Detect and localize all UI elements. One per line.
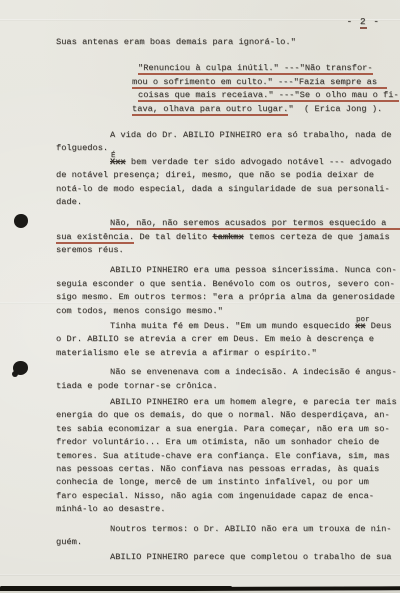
typewritten-text: energia do que os demais, do que o norma… <box>56 410 390 420</box>
text-line: notá-lo de modo especial, dada a singula… <box>56 183 400 196</box>
typewritten-text: materialismo ele se atrevia a afirmar o … <box>56 348 317 358</box>
typewritten-text: A vida do Dr. ABILIO PINHEIRO era só tra… <box>110 130 392 140</box>
text-line: ABILIO PINHEIRO parece que completou o t… <box>110 551 400 564</box>
hole-punch-dot-bottom <box>13 361 28 375</box>
typewritten-text: Tinha muita fé em Deus. "Em um mundo esq… <box>110 321 355 331</box>
text-line: materialismo ele se atrevia a afirmar o … <box>56 347 400 360</box>
text-line: "Renunciou à culpa inútil." ---"Não tran… <box>138 62 400 75</box>
typewritten-text: Noutros termos: o Dr. ABILIO não era um … <box>110 524 392 534</box>
typewritten-text: folguedos. <box>56 143 108 153</box>
text-line: seguia esconder o que sentia. Benévolo c… <box>56 278 400 291</box>
typed-above-correction: por <box>356 314 370 327</box>
hole-punch-dot-top <box>14 214 28 228</box>
typewritten-text: minhá-lo ao desastre. <box>56 504 165 514</box>
text-line: tes sabia economizar a sua energia. Para… <box>56 423 400 436</box>
red-underlined-text: "Renunciou à culpa inútil." ---"Não tran… <box>138 63 373 75</box>
typewritten-text: ABILIO PINHEIRO era um homem alegre, e p… <box>110 397 397 407</box>
red-underlined-text: Não, não, não seremos acusados por termo… <box>110 218 400 230</box>
scanned-typewritten-page: - 2 - Suas antenas eram boas demais para… <box>0 0 400 593</box>
typewritten-text: tiada e pode tornar-se crônica. <box>56 381 218 391</box>
text-line: faro especial. Nisso, não agia com ingen… <box>56 490 400 503</box>
text-line: minhá-lo ao desastre. <box>56 503 400 516</box>
text-line: com todos, menos consigo mesmo." <box>56 305 400 318</box>
text-line: Tinha muita fé em Deus. "Em um mundo esq… <box>110 320 400 333</box>
text-line: temores. Sua atitude-chave era confiança… <box>56 450 400 463</box>
text-line: fredor voluntário... Era um otimista, nã… <box>56 436 400 449</box>
text-line: sua existência. De tal delito tamkmx tem… <box>56 231 400 244</box>
typewritten-text: seguia esconder o que sentia. Benévolo c… <box>56 279 395 289</box>
text-line: coisas que mais receiava." ---"Se o olho… <box>138 89 400 102</box>
text-line: A vida do Dr. ABILIO PINHEIRO era só tra… <box>110 129 400 142</box>
typewritten-text: com todos, menos consigo mesmo." <box>56 306 223 316</box>
typewritten-text: de notável presença; direi, mesmo, que n… <box>56 170 374 180</box>
text-line: folguedos. <box>56 142 400 155</box>
typewritten-text: nas pessoas certas. Não confiava nas pes… <box>56 464 379 474</box>
text-line: tava, olhava para outro lugar." ( Erica … <box>132 103 400 116</box>
typewritten-text: guém. <box>56 537 82 547</box>
red-underlined-text: mou o sofrimento em culto." ---"Fazia se… <box>132 77 387 89</box>
typewritten-text: " ( Erica Jong ). <box>288 104 382 114</box>
text-line: tiada e pode tornar-se crônica. <box>56 380 400 393</box>
overtyped-strikeout: tamkmx <box>212 232 243 242</box>
typewritten-text-block: Suas antenas eram boas demais para ignor… <box>0 0 400 565</box>
typewritten-text: tes sabia economizar a sua energia. Para… <box>56 424 390 434</box>
text-line: nas pessoas certas. Não confiava nas pes… <box>56 463 400 476</box>
text-line: Suas antenas eram boas demais para ignor… <box>56 36 400 49</box>
typewritten-text: notá-lo de modo especial, dada a singula… <box>56 184 390 194</box>
text-line: sigo mesmo. Em outros termos: "era a pró… <box>56 291 400 304</box>
text-line: energia do que os demais, do que o norma… <box>56 409 400 422</box>
typewritten-text: conhecia de longe, mercê de um instinto … <box>56 477 369 487</box>
overtyped-strikeout: xxpor <box>355 321 365 331</box>
typewritten-text: De tal delito <box>134 232 212 242</box>
typewritten-text: seremos réus. <box>56 245 124 255</box>
typewritten-text: bem verdade ter sido advogado notável --… <box>126 157 392 167</box>
typewritten-text: ABILIO PINHEIRO era uma pessoa sinceriss… <box>110 265 397 275</box>
text-line: seremos réus. <box>56 244 400 257</box>
typewritten-text: Suas antenas eram boas demais para ignor… <box>56 37 296 47</box>
typewritten-text: fredor voluntário... Era um otimista, nã… <box>56 437 379 447</box>
typewritten-text: dade. <box>56 197 82 207</box>
red-underlined-text: tava, olhava para outro lugar. <box>132 104 288 116</box>
text-line: ABILIO PINHEIRO era um homem alegre, e p… <box>110 396 400 409</box>
typed-above-correction: É <box>111 150 116 163</box>
scan-edge-strip-left <box>0 586 232 589</box>
paper-crease <box>0 574 400 576</box>
text-line: ABILIO PINHEIRO era uma pessoa sinceriss… <box>110 264 400 277</box>
red-underlined-text: sua existência. <box>56 232 134 244</box>
typewritten-text: temos certeza de que jamais <box>244 232 390 242</box>
text-line: dade. <box>56 196 400 209</box>
overtyped-strikeout: XxxÉ <box>110 157 126 167</box>
typewritten-text: faro especial. Nisso, não agia com ingen… <box>56 491 374 501</box>
text-line: mou o sofrimento em culto." ---"Fazia se… <box>132 76 400 89</box>
typewritten-text: sigo mesmo. Em outros termos: "era a pró… <box>56 292 395 302</box>
text-line: Noutros termos: o Dr. ABILIO não era um … <box>110 523 400 536</box>
text-line: de notável presença; direi, mesmo, que n… <box>56 169 400 182</box>
text-line: XxxÉ bem verdade ter sido advogado notáv… <box>110 156 400 169</box>
text-line: Não, não, não seremos acusados por termo… <box>110 217 400 230</box>
text-line: o Dr. ABILIO se atrevia a crer em Deus. … <box>56 333 400 346</box>
text-line: guém. <box>56 536 400 549</box>
typewritten-text: o Dr. ABILIO se atrevia a crer em Deus. … <box>56 334 374 344</box>
red-underlined-text: coisas que mais receiava." ---"Se o olho… <box>138 90 399 102</box>
typewritten-text: ABILIO PINHEIRO parece que completou o t… <box>110 552 392 562</box>
text-line: Não se envenenava com a indecisão. A ind… <box>110 366 400 379</box>
typewritten-text: temores. Sua atitude-chave era confiança… <box>56 451 390 461</box>
text-line: conhecia de longe, mercê de um instinto … <box>56 476 400 489</box>
typewritten-text: Não se envenenava com a indecisão. A ind… <box>110 367 397 377</box>
